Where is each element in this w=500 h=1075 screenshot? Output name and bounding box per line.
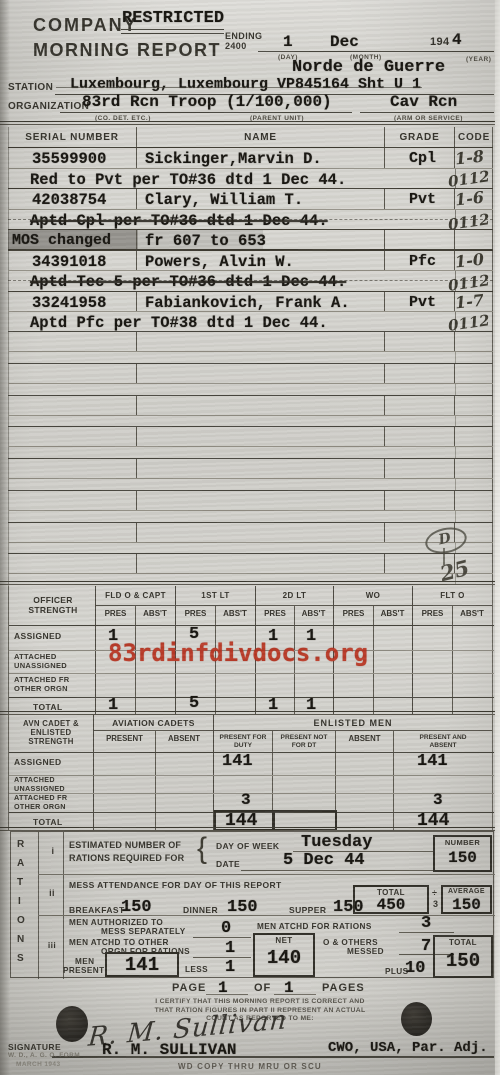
part-numeral-1: i: [47, 846, 59, 856]
day-of-week-value: Tuesday: [301, 833, 372, 852]
net-value: 140: [253, 947, 315, 969]
column-grade: GRADE: [385, 127, 455, 147]
row-line: [9, 625, 494, 626]
mos-note-left: MOS changed: [12, 232, 111, 249]
year-digit: 4: [452, 31, 462, 49]
assigned-present-for-duty: 141: [222, 752, 253, 771]
punch-hole-icon: [56, 1006, 88, 1042]
blank-entry-row: [8, 522, 493, 542]
date-day: 1: [283, 33, 293, 51]
blank-entry-row: [8, 395, 493, 415]
group-label: WO: [334, 586, 412, 606]
section-rule: [0, 581, 500, 585]
abst-header: ABS'T: [453, 606, 491, 624]
present-header: PRESENT: [94, 731, 155, 751]
total-value: 450: [353, 896, 429, 914]
average-label: AVERAGE: [441, 888, 492, 895]
page-label: PAGE: [172, 982, 206, 994]
absent-header: ABSENT: [156, 731, 212, 751]
ending-label: ENDING: [225, 31, 262, 41]
others-label-1: O & OTHERS: [323, 938, 378, 947]
remark-row-struck: Aptd Tec 5 per TO#36 dtd 1 Dec 44. 0112: [8, 270, 493, 291]
underline: [193, 957, 251, 958]
code-handwritten: 1-6: [454, 188, 485, 210]
certification-line: I CERTIFY THAT THIS MORNING REPORT IS CO…: [130, 998, 390, 1007]
blank-remark-row: [8, 383, 493, 395]
remark-row-struck: Aptd Cpl per TO#36 dtd 1 Dec 44. 0112: [8, 209, 493, 229]
blank-remark-row: [8, 351, 493, 363]
serial-number: 33241958: [32, 294, 106, 312]
grade: Pfc: [409, 253, 436, 270]
row-label-total: TOTAL: [33, 817, 63, 827]
section-rule: [0, 121, 500, 125]
men-present-value: 141: [105, 954, 179, 976]
rations-section: R A T I O N S i ii iii ESTIMATED NUMBER …: [10, 831, 494, 978]
soldier-name: Fabiankovich, Frank A.: [145, 294, 350, 312]
column-code: CODE: [455, 127, 493, 147]
ration-total-value: 150: [433, 950, 493, 972]
present-and-absent-header: PRESENT AND ABSENT: [394, 731, 492, 751]
blank-remark-row: [8, 478, 493, 490]
enlisted-strength-header: AVN CADET & ENLISTED STRENGTH: [14, 719, 88, 746]
atchd-for-rations-label: MEN ATCHD FOR RATIONS: [257, 922, 372, 931]
organization-value: 83rd Rcn Troop (1/100,000): [82, 93, 332, 111]
breakfast-value: 150: [121, 898, 152, 917]
date-label: DATE: [216, 859, 240, 869]
row-line: [9, 697, 494, 698]
side-letter: N: [17, 934, 25, 945]
divide-value: 3: [433, 899, 438, 909]
assigned-present-and-absent: 141: [417, 752, 448, 771]
side-letter: I: [18, 896, 21, 907]
code-handwritten: 1-8: [454, 147, 485, 169]
ending-time: 2400: [225, 41, 247, 51]
remark-text: Red to Pvt per TO#36 dtd 1 Dec 44.: [30, 171, 346, 189]
serial-number: 42038754: [32, 191, 106, 209]
enlisted-strength-table: AVIATION CADETS PRESENT ABSENT ENLISTED …: [8, 715, 493, 830]
rations-required-label: ESTIMATED NUMBER OF RATIONS REQUIRED FOR: [69, 839, 191, 865]
morning-report-scan: COMPANY RESTRICTED MORNING REPORT ENDING…: [0, 0, 500, 1075]
date-underline: [258, 51, 494, 52]
part-numeral-3: iii: [44, 940, 60, 950]
arm-underline: [360, 112, 494, 113]
ration-total-label: TOTAL: [433, 938, 493, 947]
year-caption: (YEAR): [466, 56, 491, 63]
side-letter: R: [17, 839, 25, 850]
serial-number: 35599900: [32, 150, 106, 168]
blank-entry-row: [8, 363, 493, 383]
less-value: 1: [225, 958, 235, 977]
part-divider: [38, 874, 495, 875]
remark-row: Red to Pvt per TO#36 dtd 1 Dec 44. 0112: [8, 168, 493, 188]
authorized-label-2: MESS SEPARATELY: [101, 927, 186, 936]
dinner-label: DINNER: [183, 905, 218, 915]
row-label-attached-fr-other: ATTACHED FR OTHER ORGN: [14, 675, 84, 693]
average-value: 150: [441, 896, 492, 914]
group-label: 2D LT: [256, 586, 333, 606]
site-watermark: 83rdinfdivdocs.org: [108, 639, 368, 667]
plus-value: 10: [405, 959, 425, 978]
dinner-value: 150: [227, 898, 258, 917]
organization-underline: [60, 112, 352, 113]
blank-entry-row: [8, 426, 493, 446]
blank-remark-row: [8, 446, 493, 458]
entry-row: 34391018 Powers, Alvin W. Pfc 1-0: [8, 250, 493, 270]
year-printed: 194: [430, 36, 450, 48]
present-label: PRESENT: [63, 966, 104, 975]
station-label: STATION: [8, 82, 53, 93]
entries-header: SERIAL NUMBER NAME GRADE CODE: [8, 127, 493, 147]
men-label: MEN: [75, 957, 94, 966]
abst-header: ABS'T: [374, 606, 411, 624]
authorized-value: 0: [221, 919, 231, 938]
form-date: MARCH 1943: [16, 1061, 60, 1068]
breakfast-label: BREAKFAST: [69, 905, 125, 915]
row-label-attached-unassigned: ATTACHED UNASSIGNED: [14, 652, 84, 670]
group-label: FLT O: [413, 586, 492, 606]
less-label: LESS: [185, 965, 208, 974]
date-value: 5 Dec 44: [283, 851, 365, 870]
remark-text: Aptd Cpl per TO#36 dtd 1 Dec 44.: [30, 212, 328, 230]
others-label-2: MESSED: [347, 947, 384, 956]
underline: [206, 994, 248, 995]
numeral-col-line: [38, 832, 39, 979]
row-label-attached-unassigned: ATTACHED UNASSIGNED: [14, 776, 84, 793]
map-reference: Norde de Guerre: [292, 58, 445, 77]
present-for-duty-header: PRESENT FOR DUTY: [214, 731, 272, 751]
soldier-name: Clary, William T.: [145, 191, 303, 209]
code-handwritten: 1-0: [454, 250, 485, 272]
soldier-name: Sickinger,Marvin D.: [145, 150, 322, 168]
mess-attendance-label: MESS ATTENDANCE FOR DAY OF THIS REPORT: [69, 880, 282, 890]
scan-edge: [495, 0, 500, 1075]
abst-header: ABS'T: [295, 606, 332, 624]
pres-header: PRES: [96, 606, 135, 624]
pres-header: PRES: [256, 606, 294, 624]
side-letter: O: [17, 915, 25, 926]
attached-present-and-absent: 3: [433, 791, 443, 809]
remark-row: Aptd Pfc per TO#38 dtd 1 Dec 44. 0112: [8, 311, 493, 331]
mos-note-right: fr 607 to 653: [145, 232, 266, 250]
abst-header: ABS'T: [136, 606, 174, 624]
arm-of-service: Cav Rcn: [390, 93, 457, 111]
group-label: ENLISTED MEN: [214, 715, 492, 731]
atchd-other-label-1: MEN ATCHD TO OTHER: [69, 938, 169, 947]
attached-present-for-duty: 3: [241, 791, 251, 809]
supper-label: SUPPER: [289, 905, 326, 915]
mos-change-row: MOS changed fr 607 to 653: [8, 229, 493, 250]
blank-remark-row: [8, 510, 493, 522]
station-value: Luxembourg, Luxembourg VP845164 Sht U 1: [70, 76, 421, 93]
group-label: FLD O & CAPT: [96, 586, 175, 606]
number-label: NUMBER: [433, 838, 492, 847]
entry-row: 35599900 Sickinger,Marvin D. Cpl 1-8: [8, 147, 493, 168]
pages-label: PAGES: [322, 982, 365, 994]
date-month: Dec: [330, 33, 359, 51]
blank-entry-row: [8, 458, 493, 478]
atchd-other-value: 1: [225, 939, 235, 958]
side-letter: T: [17, 877, 24, 888]
blank-entry-row: [8, 331, 493, 351]
side-letter: S: [17, 953, 24, 964]
others-value: 7: [421, 937, 431, 956]
brace-glyph: {: [197, 832, 207, 866]
column-serial-number: SERIAL NUMBER: [8, 127, 137, 147]
numeral-col-line: [63, 832, 64, 979]
form-id: W. D., A. G. O. FORM: [8, 1052, 80, 1059]
organization-label: ORGANIZATION: [8, 101, 89, 112]
signature-label: SIGNATURE: [8, 1042, 61, 1052]
absent-header: ABSENT: [336, 731, 393, 751]
blank-remark-row: [8, 415, 493, 427]
number-value: 150: [433, 849, 492, 867]
remark-text: Aptd Pfc per TO#38 dtd 1 Dec 44.: [30, 314, 328, 332]
strike-line: [56, 87, 422, 88]
remark-text: Aptd Tec 5 per TO#36 dtd 1 Dec 44.: [30, 273, 346, 291]
signature-line: [52, 1056, 494, 1058]
grade: Pvt: [409, 294, 436, 311]
punch-hole-icon: [401, 1002, 432, 1036]
day-of-week-label: DAY OF WEEK: [216, 841, 279, 851]
signature-title: CWO, USA, Par. Adj.: [328, 1040, 488, 1056]
part-numeral-2: ii: [45, 888, 59, 898]
group-label: AVIATION CADETS: [94, 715, 213, 731]
serial-number: 34391018: [32, 253, 106, 271]
circled-initial: D: [437, 530, 452, 548]
underline: [241, 870, 433, 871]
classification-stamp: RESTRICTED: [122, 9, 224, 28]
present-not-for-duty-header: PRESENT NOT FOR DT: [273, 731, 335, 751]
soldier-name: Powers, Alvin W.: [145, 253, 294, 271]
grade: Cpl: [409, 150, 436, 167]
authorized-label-1: MEN AUTHORIZED TO: [69, 918, 163, 927]
divider: [121, 29, 224, 30]
net-label: NET: [253, 936, 315, 945]
column-name: NAME: [137, 127, 385, 147]
divider: [121, 33, 224, 34]
pres-header: PRES: [413, 606, 452, 624]
blank-entry-row: [8, 490, 493, 510]
blank-remark-row: [8, 542, 493, 554]
entry-row: 42038754 Clary, William T. Pvt 1-6: [8, 188, 493, 209]
row-line: [9, 673, 494, 674]
report-title: MORNING REPORT: [33, 40, 221, 61]
group-label: 1ST LT: [176, 586, 255, 606]
row-label-assigned: ASSIGNED: [14, 631, 62, 641]
entries-rows: 35599900 Sickinger,Marvin D. Cpl 1-8 Red…: [8, 147, 493, 585]
abst-header: ABS'T: [216, 606, 254, 624]
code-handwritten: 1-7: [454, 291, 485, 313]
side-letter: A: [17, 858, 25, 869]
entry-row: 33241958 Fabiankovich, Frank A. Pvt 1-7: [8, 291, 493, 311]
grade: Pvt: [409, 191, 436, 208]
pres-header: PRES: [334, 606, 373, 624]
divide-sign: ÷: [432, 888, 437, 898]
underline: [274, 994, 316, 995]
row-label-assigned: ASSIGNED: [14, 757, 62, 767]
officer-strength-header: OFFICER STRENGTH: [13, 595, 93, 615]
of-label: OF: [254, 982, 271, 994]
row-label-attached-fr-other: ATTACHED FR OTHER ORGN: [14, 794, 84, 811]
blank-entry-row: [8, 553, 493, 573]
distribution-note: WD COPY THRU MRU OR SCU: [178, 1062, 322, 1071]
atchd-for-rations-value: 3: [421, 914, 431, 933]
pres-header: PRES: [176, 606, 215, 624]
